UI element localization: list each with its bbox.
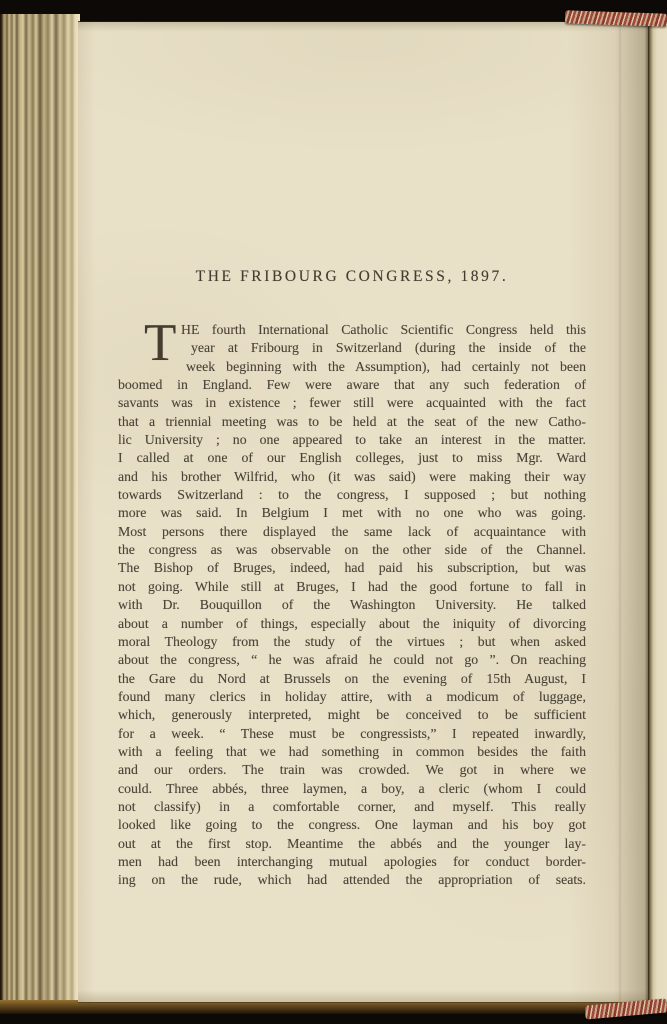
- book-page: THE FRIBOURG CONGRESS, 1897. T HE fourth…: [78, 22, 648, 1002]
- text-line: lic University ; no one appeared to take…: [118, 431, 586, 449]
- text-line: the congress as was observable on the ot…: [118, 541, 586, 559]
- drop-cap: T: [144, 323, 176, 364]
- page-crease: [618, 22, 622, 1002]
- text-line: week beginning with the Assumption), had…: [186, 358, 586, 376]
- book-photo: THE FRIBOURG CONGRESS, 1897. T HE fourth…: [0, 0, 667, 1024]
- text-line: not classify) in a comfortable corner, a…: [118, 798, 586, 816]
- text-line: not going. While still at Bruges, I had …: [118, 578, 586, 596]
- text-line: found many clerics in holiday attire, wi…: [118, 688, 586, 706]
- page-title: THE FRIBOURG CONGRESS, 1897.: [118, 268, 586, 286]
- text-line: and his brother Wilfrid, who (it was sai…: [118, 468, 586, 486]
- page-body: T HE fourth International Catholic Scien…: [118, 321, 586, 890]
- text-line: with Dr. Bouquillon of the Washington Un…: [118, 596, 586, 614]
- text-line: HE fourth International Catholic Scienti…: [181, 321, 586, 339]
- text-line: boomed in England. Few were aware that a…: [118, 376, 586, 394]
- text-line: about a number of things, especially abo…: [118, 615, 586, 633]
- text-line: savants was in existence ; fewer still w…: [118, 394, 586, 412]
- text-line: moral Theology from the study of the vir…: [118, 633, 586, 651]
- text-line: ing on the rude, which had attended the …: [118, 871, 586, 889]
- text-line: which, generously interpreted, might be …: [118, 706, 586, 724]
- text-lines: HE fourth International Catholic Scienti…: [118, 321, 586, 890]
- text-line: towards Switzerland : to the congress, I…: [118, 486, 586, 504]
- text-line: I called at one of our English colleges,…: [118, 449, 586, 467]
- facing-page-strip: [648, 24, 667, 1002]
- text-line: could. Three abbés, three laymen, a boy,…: [118, 780, 586, 798]
- text-line: The Bishop of Bruges, indeed, had paid h…: [118, 559, 586, 577]
- text-line: Most persons there displayed the same la…: [118, 523, 586, 541]
- text-line: year at Fribourg in Switzerland (during …: [191, 339, 586, 357]
- text-line: with a feeling that we had something in …: [118, 743, 586, 761]
- text-line: looked like going to the congress. One l…: [118, 816, 586, 834]
- text-line: out at the first stop. Meantime the abbé…: [118, 835, 586, 853]
- text-line: for a week. “ These must be congressists…: [118, 725, 586, 743]
- text-line: that a triennial meeting was to be held …: [118, 413, 586, 431]
- text-line: men had been interchanging mutual apolog…: [118, 853, 586, 871]
- text-line: about the congress, “ he was afraid he c…: [118, 651, 586, 669]
- page-edges-left: [0, 14, 80, 1012]
- book-bottom-edge: [0, 1000, 667, 1014]
- text-line: and our orders. The train was crowded. W…: [118, 761, 586, 779]
- text-line: more was said. In Belgium I met with no …: [118, 504, 586, 522]
- text-line: the Gare du Nord at Brussels on the even…: [118, 670, 586, 688]
